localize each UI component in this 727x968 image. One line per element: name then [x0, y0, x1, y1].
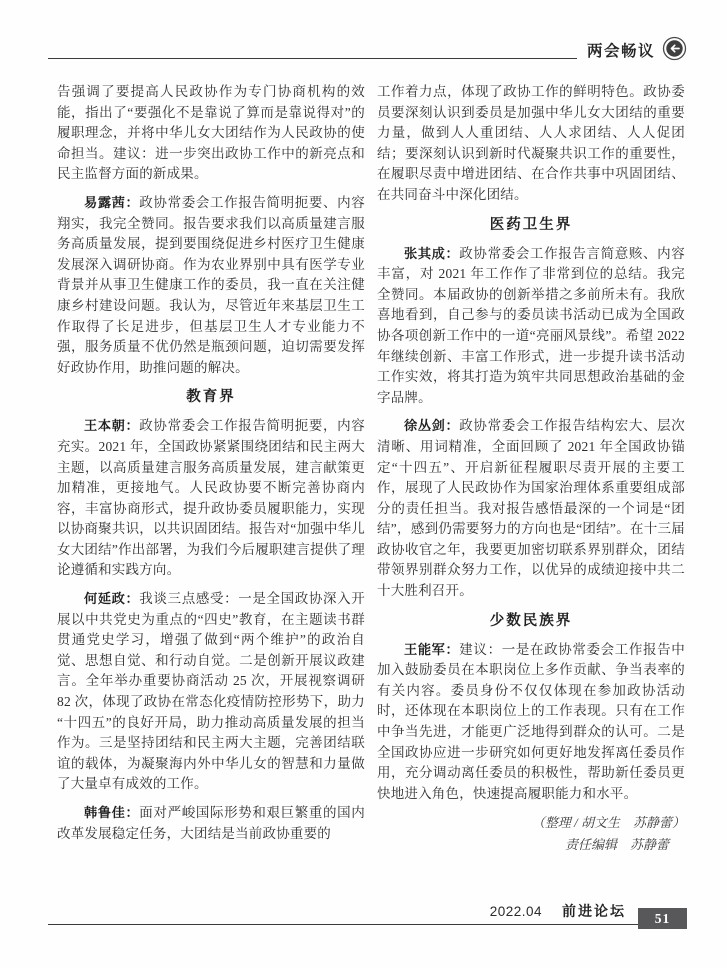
page-footer: 2022.04 前进论坛 51 [48, 901, 687, 925]
paragraph-continuation: 告强调了要提高人民政协作为专门协商机构的效能，指出了“要强化不是靠说了算而是靠说… [57, 82, 365, 185]
paragraph-text: 我谈三点感受：一是全国政协深入开展以中共党史为重点的“四史”教育，在主题读书群贯… [57, 591, 365, 791]
speaker-name: 何延政： [84, 591, 139, 606]
journal-name: 前进论坛 [562, 903, 626, 919]
section-heading: 医药卫生界 [377, 215, 685, 235]
paragraph-speaker: 徐丛剑：政协常委会工作报告结构宏大、层次清晰、用词精准，全面回顾了 2021 年… [377, 416, 685, 601]
credits-compiler: （整理 / 胡文生 苏静蕾） [377, 812, 685, 834]
page-number-badge: 51 [638, 908, 687, 929]
section-heading: 教育界 [57, 387, 365, 407]
speaker-name: 易露茜： [84, 195, 139, 210]
paragraph-text: 政协常委会工作报告言简意赅、内容丰富，对 2021 年工作作了非常到位的总结。我… [377, 246, 685, 405]
paragraph-speaker: 王本朝：政协常委会工作报告简明扼要，内容充实。2021 年，全国政协紧紧围绕团结… [57, 416, 365, 581]
header-rule [48, 58, 577, 59]
speaker-name: 韩鲁佳： [84, 805, 139, 820]
paragraph-text: 建议：一是在政协常委会工作报告中加入鼓励委员在本职岗位上多作贡献、争当表率的有关… [377, 642, 685, 801]
column-right: 工作着力点，体现了政协工作的鲜明特色。政协委员要深刻认识到委员是加强中华儿女大团… [377, 82, 685, 856]
paragraph-text: 政协常委会工作报告结构宏大、层次清晰、用词精准，全面回顾了 2021 年全国政协… [377, 418, 685, 598]
footer-rule: 2022.04 前进论坛 [48, 901, 638, 925]
column-left: 告强调了要提高人民政协作为专门协商机构的效能，指出了“要强化不是靠说了算而是靠说… [57, 82, 365, 856]
paragraph-text: 告强调了要提高人民政协作为专门协商机构的效能，指出了“要强化不是靠说了算而是靠说… [57, 84, 365, 181]
column-title: 两会畅议 [587, 41, 655, 63]
paragraph-speaker: 何延政：我谈三点感受：一是全国政协深入开展以中共党史为重点的“四史”教育，在主题… [57, 589, 365, 795]
paragraph-speaker: 王能军：建议：一是在政协常委会工作报告中加入鼓励委员在本职岗位上多作贡献、争当表… [377, 640, 685, 805]
section-heading: 少数民族界 [377, 611, 685, 631]
circled-left-arrow-icon [662, 36, 687, 66]
credits-editor: 责任编辑 苏静蕾 [377, 834, 685, 856]
paragraph-text: 政协常委会工作报告简明扼要、内容翔实，我完全赞同。报告要求我们以高质量建言服务高… [57, 195, 365, 375]
paragraph-speaker: 韩鲁佳：面对严峻国际形势和艰巨繁重的国内改革发展稳定任务，大团结是当前政协重要的 [57, 803, 365, 844]
page-header: 两会畅议 [48, 36, 687, 63]
speaker-name: 徐丛剑： [404, 418, 459, 433]
speaker-name: 王本朝： [84, 418, 139, 433]
paragraph-text: 政协常委会工作报告简明扼要，内容充实。2021 年，全国政协紧紧围绕团结和民主两… [57, 418, 365, 577]
paragraph-speaker: 张其成：政协常委会工作报告言简意赅、内容丰富，对 2021 年工作作了非常到位的… [377, 244, 685, 409]
paragraph-text: 工作着力点，体现了政协工作的鲜明特色。政协委员要深刻认识到委员是加强中华儿女大团… [377, 84, 685, 202]
paragraph-speaker: 易露茜：政协常委会工作报告简明扼要、内容翔实，我完全赞同。报告要求我们以高质量建… [57, 193, 365, 378]
article-columns: 告强调了要提高人民政协作为专门协商机构的效能，指出了“要强化不是靠说了算而是靠说… [57, 82, 685, 856]
magazine-page: 两会畅议 告强调了要提高人民政协作为专门协商机构的效能，指出了“要强化不是靠说了… [0, 0, 727, 968]
speaker-name: 张其成： [404, 246, 459, 261]
issue-date: 2022.04 [490, 904, 542, 919]
speaker-name: 王能军： [404, 642, 459, 657]
credits: （整理 / 胡文生 苏静蕾） 责任编辑 苏静蕾 [377, 812, 685, 856]
paragraph-continuation: 工作着力点，体现了政协工作的鲜明特色。政协委员要深刻认识到委员是加强中华儿女大团… [377, 82, 685, 206]
